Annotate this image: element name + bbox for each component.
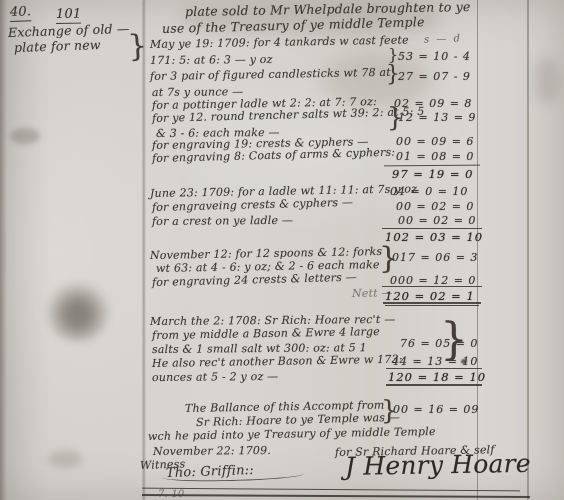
ink-blot-stain	[46, 280, 110, 342]
footer-date: November 22: 1709.	[153, 444, 271, 458]
section-total: 97 = 19 = 0	[392, 167, 473, 181]
amount-value: 53 = 10 - 4	[398, 50, 471, 63]
amount-value: 00 = 02 = 0	[398, 214, 476, 227]
ledger-line: from ye middle a Bason & Ewre 4 large	[152, 325, 380, 342]
amount-value: 017 = 06 = 3	[392, 251, 478, 264]
amount-value: 27 = 07 - 9	[398, 70, 471, 83]
amount-value: 12 = 13 = 9	[398, 111, 476, 124]
amount-value: 76 = 05 = 0	[400, 337, 478, 350]
ledger-line: ounces at 5 - 2 y oz —	[152, 370, 278, 384]
amount-value: 01 = 08 = 0	[396, 150, 474, 163]
total-double-rule	[383, 302, 481, 304]
section-total: 120 = 02 = 1	[385, 289, 475, 303]
money-column-rule	[477, 0, 478, 500]
amount-value: 44 = 13 = 10	[392, 355, 478, 368]
section-total: 120 = 18 = 10	[388, 370, 486, 384]
section-total: 102 = 03 = 10	[385, 230, 483, 244]
paper-smudge	[534, 58, 560, 104]
manuscript-ledger-page: 40. 101 Exchange of old — plate for new …	[0, 0, 564, 500]
bottom-rule	[142, 494, 530, 498]
ledger-line: May ye 19: 1709: for 4 tankards w cast f…	[150, 33, 409, 51]
balance-line: wch he paid into ye Treasury of ye middl…	[148, 425, 436, 443]
total-double-rule	[385, 305, 479, 306]
margin-brace: }	[127, 31, 148, 62]
amount-value: 04 = 0 = 10	[390, 185, 468, 198]
folio-left-number: 40.	[10, 4, 32, 22]
page-fold-gutter	[142, 0, 146, 500]
total-rule	[382, 286, 482, 287]
ledger-line: 171: 5: at 6: 3 — y oz	[150, 53, 273, 67]
page-left-edge	[0, 0, 7, 500]
total-underline	[386, 384, 482, 386]
money-column-header: s — d	[424, 33, 462, 45]
amount-value: 00 = 09 = 6	[396, 135, 474, 148]
total-rule	[386, 368, 482, 369]
total-rule	[382, 228, 482, 229]
signature-henry-hoare: J Henry Hoare	[345, 449, 531, 481]
clipped-text-fragment: 7. 10	[158, 489, 184, 500]
bottom-rule	[142, 488, 520, 492]
amount-brace: }	[388, 47, 398, 63]
ledger-line: for a crest on ye ladle —	[152, 214, 293, 228]
amount-value: 00 = 02 = 0	[396, 200, 474, 213]
paper-smudge	[48, 450, 82, 468]
edge-mark	[10, 128, 40, 144]
right-margin-rule	[527, 0, 529, 500]
margin-note-line2: plate for new	[14, 37, 101, 55]
balance-amount: 00 = 16 = 09	[393, 403, 479, 416]
folio-page-number: 101	[56, 7, 82, 24]
